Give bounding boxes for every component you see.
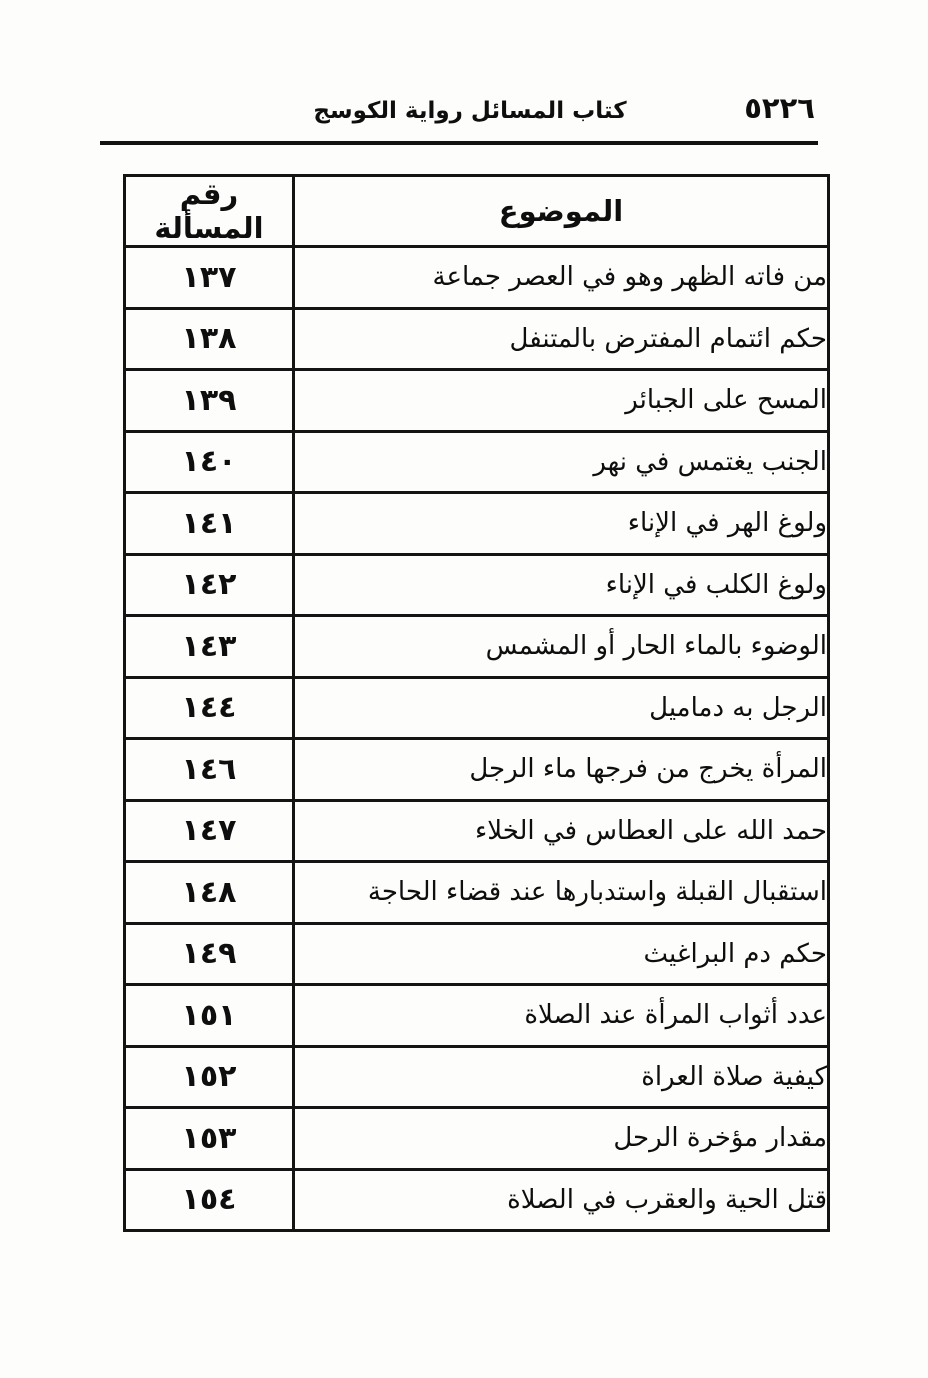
table-row: الوضوء بالماء الحار أو المشمس ١٤٣	[125, 616, 829, 678]
table-row: المرأة يخرج من فرجها ماء الرجل ١٤٦	[125, 739, 829, 801]
header-rule	[100, 141, 818, 145]
table-row: كيفية صلاة العراة ١٥٢	[125, 1046, 829, 1108]
table-row: عدد أثواب المرأة عند الصلاة ١٥١	[125, 985, 829, 1047]
row-subject: قتل الحية والعقرب في الصلاة	[294, 1169, 829, 1231]
row-subject: الرجل به دماميل	[294, 677, 829, 739]
row-number: ١٤٤	[125, 677, 294, 739]
table-row: قتل الحية والعقرب في الصلاة ١٥٤	[125, 1169, 829, 1231]
table-row: الجنب يغتمس في نهر ١٤٠	[125, 431, 829, 493]
table-row: حمد الله على العطاس في الخلاء ١٤٧	[125, 800, 829, 862]
row-number: ١٣٩	[125, 370, 294, 432]
row-subject: ولوغ الهر في الإناء	[294, 493, 829, 555]
row-number: ١٥١	[125, 985, 294, 1047]
row-subject: كيفية صلاة العراة	[294, 1046, 829, 1108]
row-number: ١٤٢	[125, 554, 294, 616]
row-number: ١٤٦	[125, 739, 294, 801]
table-row: ولوغ الكلب في الإناء ١٤٢	[125, 554, 829, 616]
table-row: ولوغ الهر في الإناء ١٤١	[125, 493, 829, 555]
row-number: ١٤٨	[125, 862, 294, 924]
row-subject: المسح على الجبائر	[294, 370, 829, 432]
row-subject: الجنب يغتمس في نهر	[294, 431, 829, 493]
running-title: كتاب المسائل رواية الكوسج	[313, 98, 626, 124]
table-row: الرجل به دماميل ١٤٤	[125, 677, 829, 739]
row-number: ١٥٣	[125, 1108, 294, 1170]
row-number: ١٤١	[125, 493, 294, 555]
col-header-number: رقم المسألة	[125, 176, 294, 247]
row-subject: حكم دم البراغيث	[294, 923, 829, 985]
row-subject: ولوغ الكلب في الإناء	[294, 554, 829, 616]
table-row: حكم دم البراغيث ١٤٩	[125, 923, 829, 985]
table-row: المسح على الجبائر ١٣٩	[125, 370, 829, 432]
row-subject: حمد الله على العطاس في الخلاء	[294, 800, 829, 862]
row-number: ١٥٤	[125, 1169, 294, 1231]
row-number: ١٤٩	[125, 923, 294, 985]
row-number: ١٤٧	[125, 800, 294, 862]
row-number: ١٣٧	[125, 247, 294, 309]
row-number: ١٤٠	[125, 431, 294, 493]
row-number: ١٣٨	[125, 308, 294, 370]
row-subject: استقبال القبلة واستدبارها عند قضاء الحاج…	[294, 862, 829, 924]
row-number: ١٤٣	[125, 616, 294, 678]
row-number: ١٥٢	[125, 1046, 294, 1108]
contents-table: الموضوع رقم المسألة من فاته الظهر وهو في…	[123, 174, 830, 1232]
row-subject: عدد أثواب المرأة عند الصلاة	[294, 985, 829, 1047]
page-number: ٥٢٢٦	[744, 94, 815, 123]
table-row: من فاته الظهر وهو في العصر جماعة ١٣٧	[125, 247, 829, 309]
col-header-subject: الموضوع	[294, 176, 829, 247]
table-header-row: الموضوع رقم المسألة	[125, 176, 829, 247]
table-row: حكم ائتمام المفترض بالمتنفل ١٣٨	[125, 308, 829, 370]
table-row: استقبال القبلة واستدبارها عند قضاء الحاج…	[125, 862, 829, 924]
row-subject: المرأة يخرج من فرجها ماء الرجل	[294, 739, 829, 801]
table-row: مقدار مؤخرة الرحل ١٥٣	[125, 1108, 829, 1170]
row-subject: حكم ائتمام المفترض بالمتنفل	[294, 308, 829, 370]
scanned-book-page: كتاب المسائل رواية الكوسج ٥٢٢٦ الموضوع ر…	[0, 0, 928, 1378]
row-subject: من فاته الظهر وهو في العصر جماعة	[294, 247, 829, 309]
row-subject: الوضوء بالماء الحار أو المشمس	[294, 616, 829, 678]
row-subject: مقدار مؤخرة الرحل	[294, 1108, 829, 1170]
